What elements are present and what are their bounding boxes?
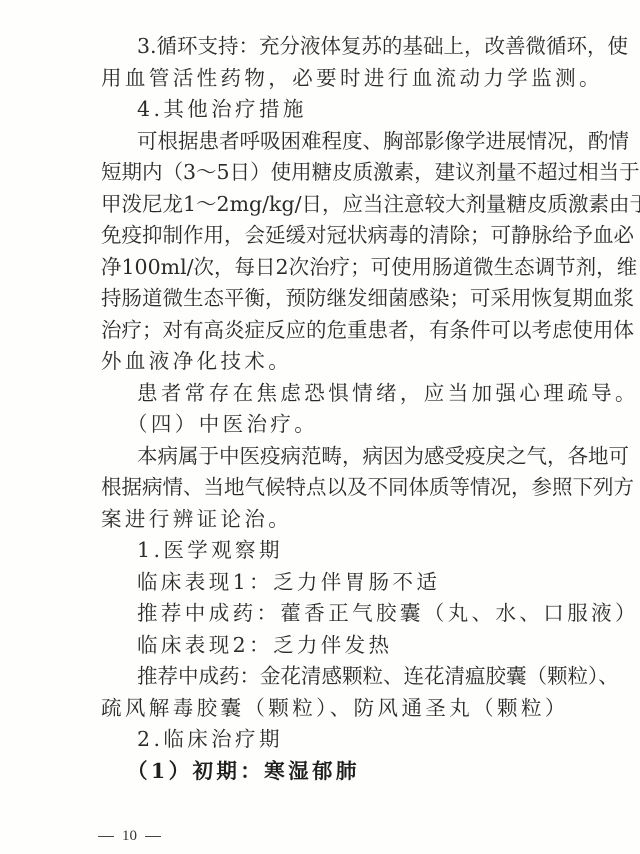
paragraph-line: 甲泼尼龙1～2mg/kg/日，应当注意较大剂量糖皮质激素由于 (101, 189, 553, 221)
document-page: 3.循环支持：充分液体复苏的基础上，改善微循环，使 用血管活性药物，必要时进行血… (0, 0, 640, 854)
paragraph-line: 临床表现2：乏力伴发热 (101, 630, 553, 662)
section-heading: 1.医学观察期 (101, 535, 553, 567)
subsection-heading: （1）初期：寒湿郁肺 (101, 756, 553, 788)
paragraph-line: 用血管活性药物，必要时进行血流动力学监测。 (101, 63, 553, 95)
paragraph-line: 患者常存在焦虑恐惧情绪，应当加强心理疏导。 (101, 378, 553, 410)
paragraph-line: 免疫抑制作用，会延缓对冠状病毒的清除；可静脉给予血必 (101, 220, 553, 252)
dash-left (98, 836, 114, 837)
paragraph-line: 本病属于中医疫病范畴，病因为感受疫戾之气，各地可 (101, 441, 553, 473)
page-number: 10 (90, 826, 169, 846)
paragraph-line: 案进行辨证论治。 (101, 504, 553, 536)
paragraph-line: 推荐中成药：金花清感颗粒、连花清瘟胶囊（颗粒）、 (101, 661, 553, 693)
paragraph-line: 3.循环支持：充分液体复苏的基础上，改善微循环，使 (101, 31, 553, 63)
section-heading: （四）中医治疗。 (101, 409, 553, 441)
paragraph-line: 疏风解毒胶囊（颗粒）、防风通圣丸（颗粒） (101, 693, 553, 725)
paragraph-line: 短期内（3～5日）使用糖皮质激素，建议剂量不超过相当于 (101, 157, 553, 189)
paragraph-line: 治疗；对有高炎症反应的危重患者，有条件可以考虑使用体 (101, 315, 553, 347)
page-number-value: 10 (122, 828, 137, 844)
paragraph-line: 根据病情、当地气候特点以及不同体质等情况，参照下列方 (101, 472, 553, 504)
paragraph-line: 临床表现1：乏力伴胃肠不适 (101, 567, 553, 599)
section-heading: 4.其他治疗措施 (101, 94, 553, 126)
paragraph-line: 推荐中成药：藿香正气胶囊（丸、水、口服液） (101, 598, 553, 630)
dash-right (145, 836, 161, 837)
document-body: 3.循环支持：充分液体复苏的基础上，改善微循环，使 用血管活性药物，必要时进行血… (101, 31, 553, 787)
paragraph-line: 可根据患者呼吸困难程度、胸部影像学进展情况，酌情 (101, 126, 553, 158)
paragraph-line: 外血液净化技术。 (101, 346, 553, 378)
section-heading: 2.临床治疗期 (101, 724, 553, 756)
paragraph-line: 净100ml/次，每日2次治疗；可使用肠道微生态调节剂，维 (101, 252, 553, 284)
paragraph-line: 持肠道微生态平衡，预防继发细菌感染；可采用恢复期血浆 (101, 283, 553, 315)
